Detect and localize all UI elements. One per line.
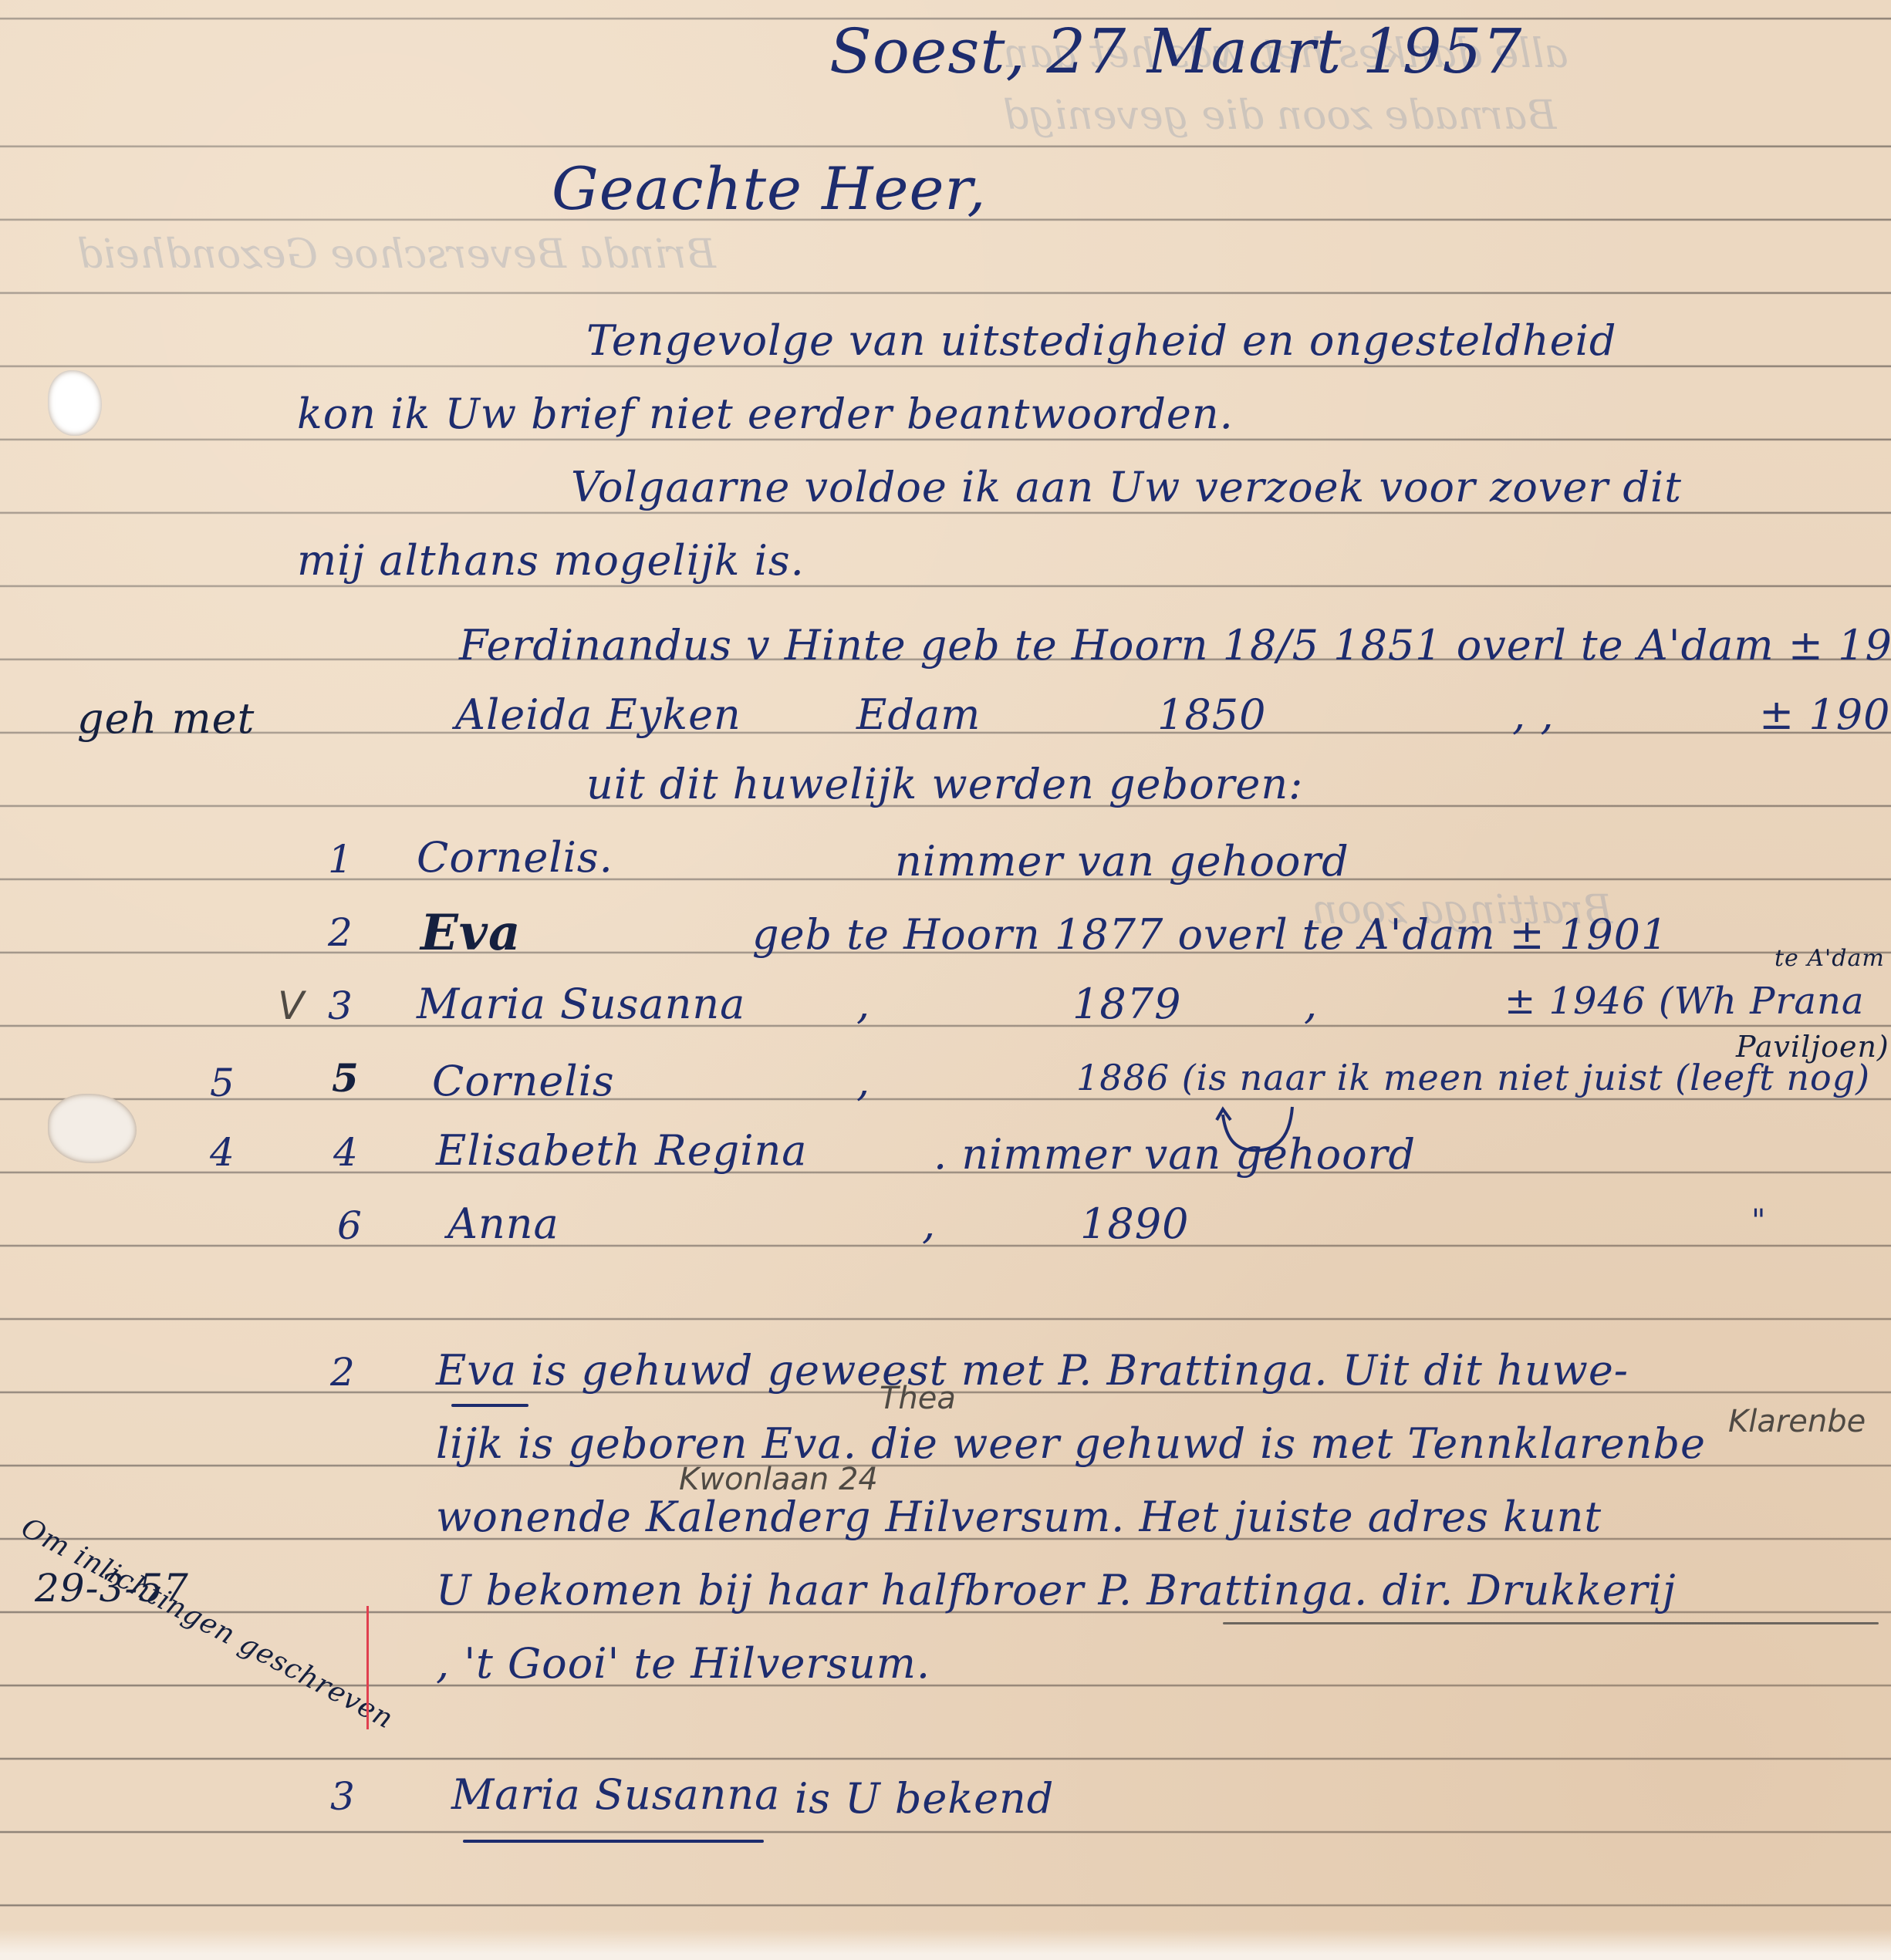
torn-edge (0, 1929, 1891, 1960)
child-number: 6 (337, 1203, 363, 1248)
margin-date: 29-3-57 (35, 1566, 189, 1611)
pencil-underline (1223, 1622, 1879, 1624)
child-detail: nimmer van gehoord (895, 837, 1349, 886)
child-year: 1879 (1072, 980, 1181, 1028)
mother-death: ± 1909 (1759, 690, 1891, 739)
paragraph-number: 2 (330, 1350, 356, 1395)
letter-page: alle dankes het was het aan Barnade zoon… (0, 0, 1891, 1960)
bleed-through-text: Barnade zoon die gevenigd (1003, 93, 1556, 139)
margin-note: Om inlichtingen geschreven (16, 1512, 399, 1736)
child-ditto: , (856, 1057, 870, 1105)
mother-place: Edam (856, 690, 981, 739)
child-name: Cornelis. (417, 833, 613, 882)
eva-paragraph-line-1: Eva is gehuwd geweest met P. Brattinga. … (436, 1346, 1629, 1395)
father-line: Ferdinandus v Hinte geb te Hoorn 18/5 18… (459, 621, 1891, 670)
red-margin-line (366, 1606, 369, 1729)
underline (451, 1404, 528, 1407)
child-year: 1890 (1080, 1199, 1189, 1248)
pencil-note-klarenbeek: Klarenbe (1728, 1404, 1866, 1439)
paragraph-1-line-1: Tengevolge van uitstedigheid en ongestel… (586, 316, 1616, 365)
child-detail: 1886 (is naar ik meen niet juist (leeft … (1076, 1057, 1870, 1098)
paragraph-2-line-1: Volgaarne voldoe ik aan Uw verzoek voor … (571, 463, 1682, 511)
mother-name: Aleida Eyken (455, 690, 741, 739)
paragraph-number: 3 (330, 1774, 356, 1819)
child-detail: geb te Hoorn 1877 overl te A'dam ± 1901 (752, 910, 1668, 959)
children-intro: uit dit huwelijk werden geboren: (586, 760, 1303, 808)
child-ditto: , (922, 1199, 936, 1248)
child-number-struck: 5 (332, 1055, 360, 1101)
child-death: ± 1946 (Wh Prana (1504, 980, 1865, 1023)
child-name: Maria Susanna (417, 980, 745, 1028)
mother-ditto: , , (1512, 690, 1555, 739)
punch-hole (48, 1094, 137, 1163)
child-detail: . nimmer van gehoord (934, 1130, 1416, 1179)
mother-year: 1850 (1157, 690, 1266, 739)
eva-paragraph-line-3: wonende Kalenderg Hilversum. Het juiste … (436, 1493, 1602, 1541)
child-name: Anna (447, 1199, 559, 1248)
child-ditto: , (856, 980, 870, 1028)
place-date: Soest, 27 Maart 1957 (829, 15, 1522, 87)
maria-rest: is U bekend (795, 1774, 1054, 1823)
child-name: Elisabeth Regina (436, 1126, 807, 1175)
check-mark: V (278, 983, 304, 1028)
pencil-note-thea: Thea (880, 1381, 956, 1416)
underline (463, 1840, 764, 1843)
child-number: 4 (333, 1130, 359, 1175)
child-renumber: 5 (210, 1061, 235, 1105)
paragraph-2-line-2: mij althans mogelijk is. (297, 536, 805, 585)
punch-hole (48, 370, 102, 436)
note-above: te A'dam (1775, 945, 1885, 972)
married-label: geh met (77, 694, 255, 743)
salutation: Geachte Heer, (552, 154, 987, 223)
bleed-through-text: Brinda Beverschoe Gezondheid (77, 231, 716, 278)
eva-paragraph-line-4: U bekomen bij haar halfbroer P. Bratting… (436, 1566, 1677, 1614)
child-renumber: 4 (210, 1130, 235, 1175)
child-number: 1 (328, 837, 353, 882)
child-number: 3 (328, 983, 353, 1028)
maria-name: Maria Susanna (451, 1770, 780, 1819)
child-name: Cornelis (432, 1057, 615, 1105)
child-ditto: " (1751, 1203, 1766, 1239)
child-name: Eva (420, 904, 521, 962)
eva-paragraph-line-2: lijk is geboren Eva. die weer gehuwd is … (436, 1419, 1706, 1468)
paragraph-1-line-2: kon ik Uw brief niet eerder beantwoorden… (297, 390, 1234, 438)
child-ditto: , (1304, 980, 1318, 1028)
eva-paragraph-line-5: , 't Gooi' te Hilversum. (436, 1639, 930, 1688)
child-number: 2 (328, 910, 353, 955)
